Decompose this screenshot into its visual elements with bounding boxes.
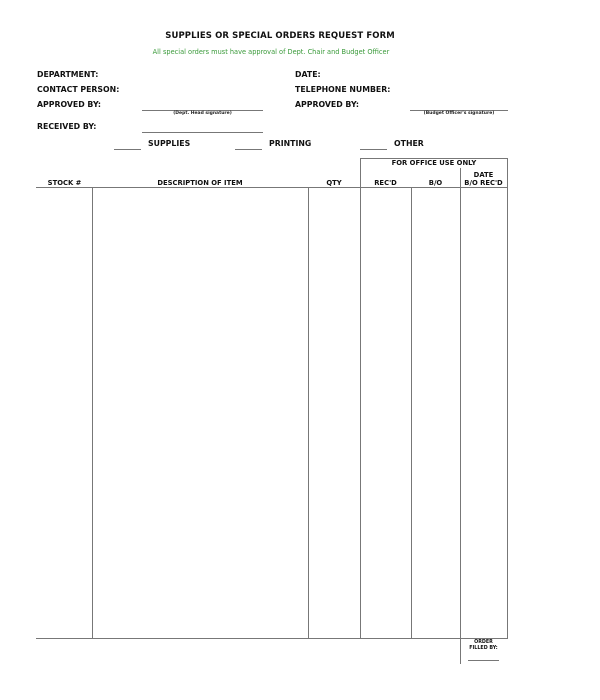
supplies-blank[interactable] [114, 149, 141, 150]
qty-column-area[interactable] [309, 188, 360, 638]
received-by-label: RECEIVED BY: [37, 122, 96, 131]
order-filled-by-label-line2: FILLED BY: [460, 646, 507, 651]
col-header-recd: REC'D [360, 179, 411, 187]
telephone-number-label: TELEPHONE NUMBER: [295, 85, 390, 94]
col-header-description: DESCRIPTION OF ITEM [92, 179, 308, 187]
other-label: OTHER [394, 139, 424, 148]
dept-head-signature-caption: (Dept. Head signature) [142, 111, 263, 116]
department-label: DEPARTMENT: [37, 70, 98, 79]
approved-by-left-label: APPROVED BY: [37, 100, 101, 109]
office-use-header: FOR OFFICE USE ONLY [360, 159, 508, 167]
col-header-bo-recd: B/O REC'D [460, 179, 507, 187]
date-bo-recd-column-area[interactable] [461, 188, 507, 638]
table-bottom-border [36, 638, 508, 639]
bo-column-area[interactable] [412, 188, 460, 638]
approved-by-right-label: APPROVED BY: [295, 100, 359, 109]
recd-column-area[interactable] [361, 188, 411, 638]
supplies-label: SUPPLIES [148, 139, 190, 148]
col-header-stock: STOCK # [37, 179, 92, 187]
received-by-line[interactable] [142, 132, 263, 133]
col-header-qty: QTY [308, 179, 360, 187]
printing-label: PRINTING [269, 139, 311, 148]
table-right-border [507, 158, 508, 638]
col-header-bo: B/O [411, 179, 460, 187]
date-label: DATE: [295, 70, 321, 79]
form-subtitle: All special orders must have approval of… [0, 48, 542, 56]
col-header-date: DATE [460, 171, 507, 179]
order-filled-by-label-line1: ORDER [460, 640, 507, 645]
other-blank[interactable] [360, 149, 387, 150]
contact-person-label: CONTACT PERSON: [37, 85, 119, 94]
stock-column-area[interactable] [36, 188, 92, 638]
description-column-area[interactable] [93, 188, 308, 638]
printing-blank[interactable] [235, 149, 262, 150]
budget-officer-signature-caption: (Budget Officer's signature) [410, 111, 508, 116]
form-title: SUPPLIES OR SPECIAL ORDERS REQUEST FORM [0, 31, 560, 41]
order-filled-by-line[interactable] [468, 660, 499, 661]
